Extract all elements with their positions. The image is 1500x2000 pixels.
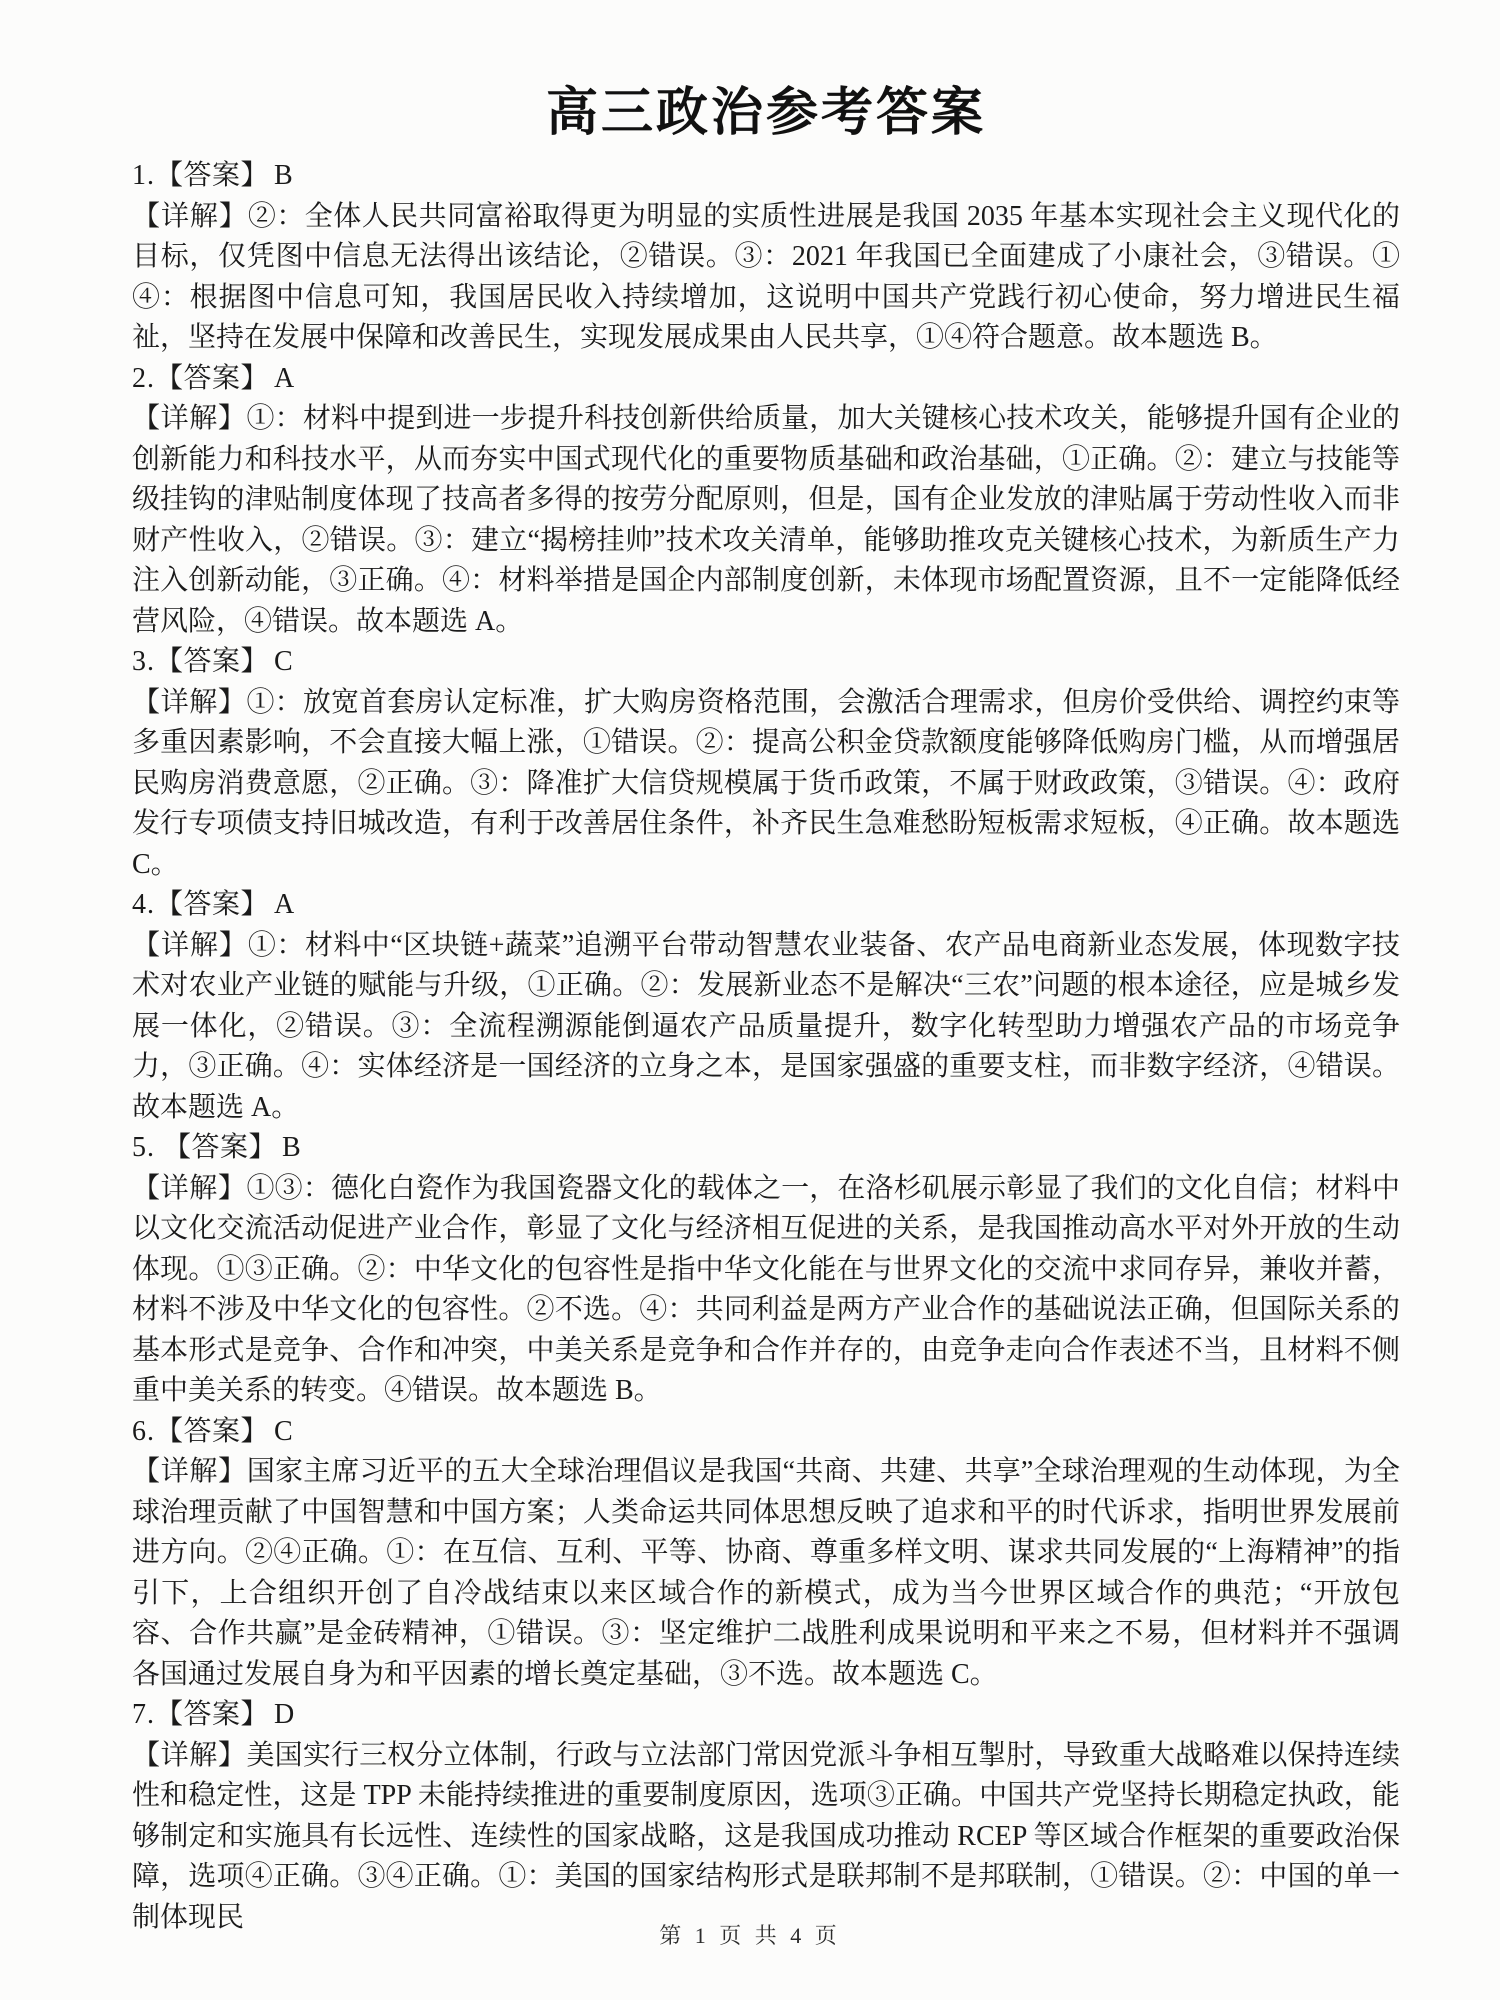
answer-choice: B — [274, 160, 293, 191]
answer-line: 1.【答案】B — [132, 156, 1400, 197]
document-page: 高三政治参考答案 1.【答案】B 【详解】②：全体人民共同富裕取得更为明显的实质… — [0, 0, 1500, 2000]
detail-label: 【详解】 — [132, 403, 247, 434]
answers-list: 1.【答案】B 【详解】②：全体人民共同富裕取得更为明显的实质性进展是我国 20… — [132, 156, 1400, 1938]
answer-line: 4.【答案】A — [132, 885, 1400, 926]
answer-choice: C — [274, 1416, 293, 1447]
answer-label: 【答案】 — [155, 1416, 269, 1447]
answer-choice: D — [274, 1699, 294, 1730]
answer-choice: A — [274, 889, 294, 920]
detail-label: 【详解】 — [132, 1173, 247, 1204]
answer-line: 2.【答案】A — [132, 359, 1400, 400]
answer-choice: C — [274, 646, 293, 677]
page-title: 高三政治参考答案 — [132, 84, 1400, 142]
answer-detail: 【详解】①：材料中提到进一步提升科技创新供给质量，加大关键核心技术攻关，能够提升… — [132, 399, 1400, 642]
answer-label: 【答案】 — [155, 160, 269, 191]
detail-text: 国家主席习近平的五大全球治理倡议是我国“共商、共建、共享”全球治理观的生动体现，… — [132, 1456, 1400, 1690]
question-number: 3. — [132, 646, 155, 677]
answer-label: 【答案】 — [155, 889, 269, 920]
answer-detail: 【详解】①：放宽首套房认定标准，扩大购房资格范围，会激活合理需求，但房价受供给、… — [132, 683, 1400, 886]
answer-detail: 【详解】①：材料中“区块链+蔬菜”追溯平台带动智慧农业装备、农产品电商新业态发展… — [132, 926, 1400, 1129]
answer-label: 【答案】 — [155, 363, 269, 394]
detail-label: 【详解】 — [132, 1456, 247, 1487]
answer-detail: 【详解】美国实行三权分立体制，行政与立法部门常因党派斗争相互掣肘，导致重大战略难… — [132, 1736, 1400, 1939]
answer-line: 5. 【答案】B — [132, 1128, 1400, 1169]
answer-item-4: 4.【答案】A 【详解】①：材料中“区块链+蔬菜”追溯平台带动智慧农业装备、农产… — [132, 885, 1400, 1128]
answer-detail: 【详解】国家主席习近平的五大全球治理倡议是我国“共商、共建、共享”全球治理观的生… — [132, 1452, 1400, 1695]
detail-label: 【详解】 — [132, 1740, 247, 1771]
detail-label: 【详解】 — [132, 687, 247, 718]
detail-text: ①：放宽首套房认定标准，扩大购房资格范围，会激活合理需求，但房价受供给、调控约束… — [132, 687, 1400, 880]
answer-line: 7.【答案】D — [132, 1695, 1400, 1736]
answer-choice: A — [274, 363, 294, 394]
detail-label: 【详解】 — [132, 930, 248, 961]
page-footer: 第 1 页 共 4 页 — [0, 1922, 1500, 1950]
detail-label: 【详解】 — [132, 201, 248, 232]
answer-line: 6.【答案】C — [132, 1412, 1400, 1453]
answer-label: 【答案】 — [155, 1699, 269, 1730]
answer-item-6: 6.【答案】C 【详解】国家主席习近平的五大全球治理倡议是我国“共商、共建、共享… — [132, 1412, 1400, 1696]
question-number: 1. — [132, 160, 155, 191]
answer-detail: 【详解】①③：德化白瓷作为我国瓷器文化的载体之一，在洛杉矶展示彰显了我们的文化自… — [132, 1169, 1400, 1412]
answer-item-3: 3.【答案】C 【详解】①：放宽首套房认定标准，扩大购房资格范围，会激活合理需求… — [132, 642, 1400, 885]
detail-text: ②：全体人民共同富裕取得更为明显的实质性进展是我国 2035 年基本实现社会主义… — [132, 201, 1400, 354]
detail-text: 美国实行三权分立体制，行政与立法部门常因党派斗争相互掣肘，导致重大战略难以保持连… — [132, 1740, 1400, 1933]
answer-item-7: 7.【答案】D 【详解】美国实行三权分立体制，行政与立法部门常因党派斗争相互掣肘… — [132, 1695, 1400, 1938]
answer-line: 3.【答案】C — [132, 642, 1400, 683]
answer-label: 【答案】 — [163, 1132, 277, 1163]
detail-text: ①：材料中提到进一步提升科技创新供给质量，加大关键核心技术攻关，能够提升国有企业… — [132, 403, 1400, 637]
answer-label: 【答案】 — [155, 646, 269, 677]
question-number: 7. — [132, 1699, 155, 1730]
question-number: 6. — [132, 1416, 155, 1447]
answer-item-1: 1.【答案】B 【详解】②：全体人民共同富裕取得更为明显的实质性进展是我国 20… — [132, 156, 1400, 359]
answer-detail: 【详解】②：全体人民共同富裕取得更为明显的实质性进展是我国 2035 年基本实现… — [132, 197, 1400, 359]
detail-text: ①③：德化白瓷作为我国瓷器文化的载体之一，在洛杉矶展示彰显了我们的文化自信；材料… — [132, 1173, 1400, 1407]
question-number: 4. — [132, 889, 155, 920]
answer-item-5: 5. 【答案】B 【详解】①③：德化白瓷作为我国瓷器文化的载体之一，在洛杉矶展示… — [132, 1128, 1400, 1412]
question-number: 5. — [132, 1132, 163, 1163]
question-number: 2. — [132, 363, 155, 394]
detail-text: ①：材料中“区块链+蔬菜”追溯平台带动智慧农业装备、农产品电商新业态发展，体现数… — [132, 930, 1400, 1123]
answer-item-2: 2.【答案】A 【详解】①：材料中提到进一步提升科技创新供给质量，加大关键核心技… — [132, 359, 1400, 643]
answer-choice: B — [282, 1132, 301, 1163]
